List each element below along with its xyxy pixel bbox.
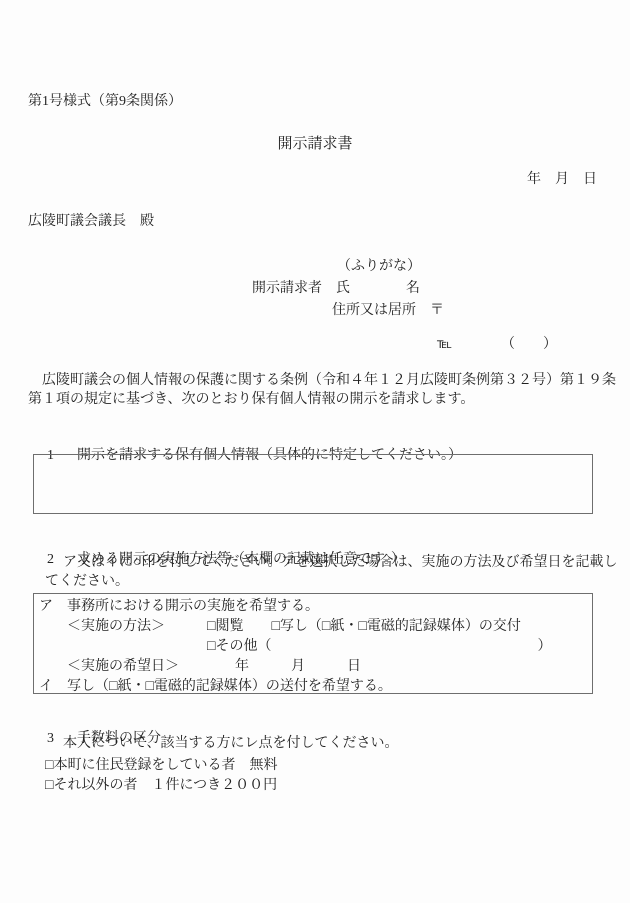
form-number: 第1号様式（第9条関係） — [28, 94, 182, 110]
section-2-note-line-2: てください。 — [45, 574, 129, 590]
fee-option-resident: □本町に住民登録をしている者 無料 — [45, 758, 277, 774]
method-other-line: □その他（ ） — [39, 637, 592, 657]
desired-date-line: ＜実施の希望日＞ 年 月 日 — [39, 657, 592, 677]
method-option-i-line: イ 写し（□紙・□電磁的記録媒体）の送付を希望する。 — [39, 677, 592, 694]
addressee-line: 広陵町議会議長 殿 — [28, 214, 154, 230]
intro-paragraph-line-1: 広陵町議会の個人情報の保護に関する条例（令和４年１２月広陵町条例第３２号）第１９… — [28, 373, 616, 389]
requested-information-box — [33, 454, 593, 514]
disclosure-method-box: ア 事務所における開示の実施を希望する。 ＜実施の方法＞ □閲覧 □写し（□紙・… — [33, 593, 593, 694]
method-of-implementation-line: ＜実施の方法＞ □閲覧 □写し（□紙・□電磁的記録媒体）の交付 — [39, 617, 592, 637]
tel-line: ℡ （ ） — [437, 337, 557, 353]
intro-paragraph-line-2: 第１項の規定に基づき、次のとおり保有個人情報の開示を請求します。 — [28, 392, 474, 408]
section-3-note: 本人について、該当する方にレ点を付してください。 — [63, 736, 398, 752]
furigana-label: （ふりがな） — [337, 259, 421, 275]
fee-option-non-resident: □それ以外の者 １件につき２００円 — [45, 778, 277, 794]
date-line: 年 月 日 — [527, 172, 597, 188]
section-2-note-line-1: ア又はイに○印を付してください。アを選択した場合は、実施の方法及び希望日を記載し — [63, 555, 617, 571]
method-option-a-line: ア 事務所における開示の実施を希望する。 — [39, 597, 592, 617]
document-page: 第1号様式（第9条関係） 開示請求書 年 月 日 広陵町議会議長 殿 （ふりがな… — [0, 0, 630, 903]
requester-name-line: 開示請求者 氏 名 — [252, 281, 420, 297]
requester-address-line: 住所又は居所 〒 — [332, 303, 444, 319]
document-title: 開示請求書 — [0, 136, 630, 153]
